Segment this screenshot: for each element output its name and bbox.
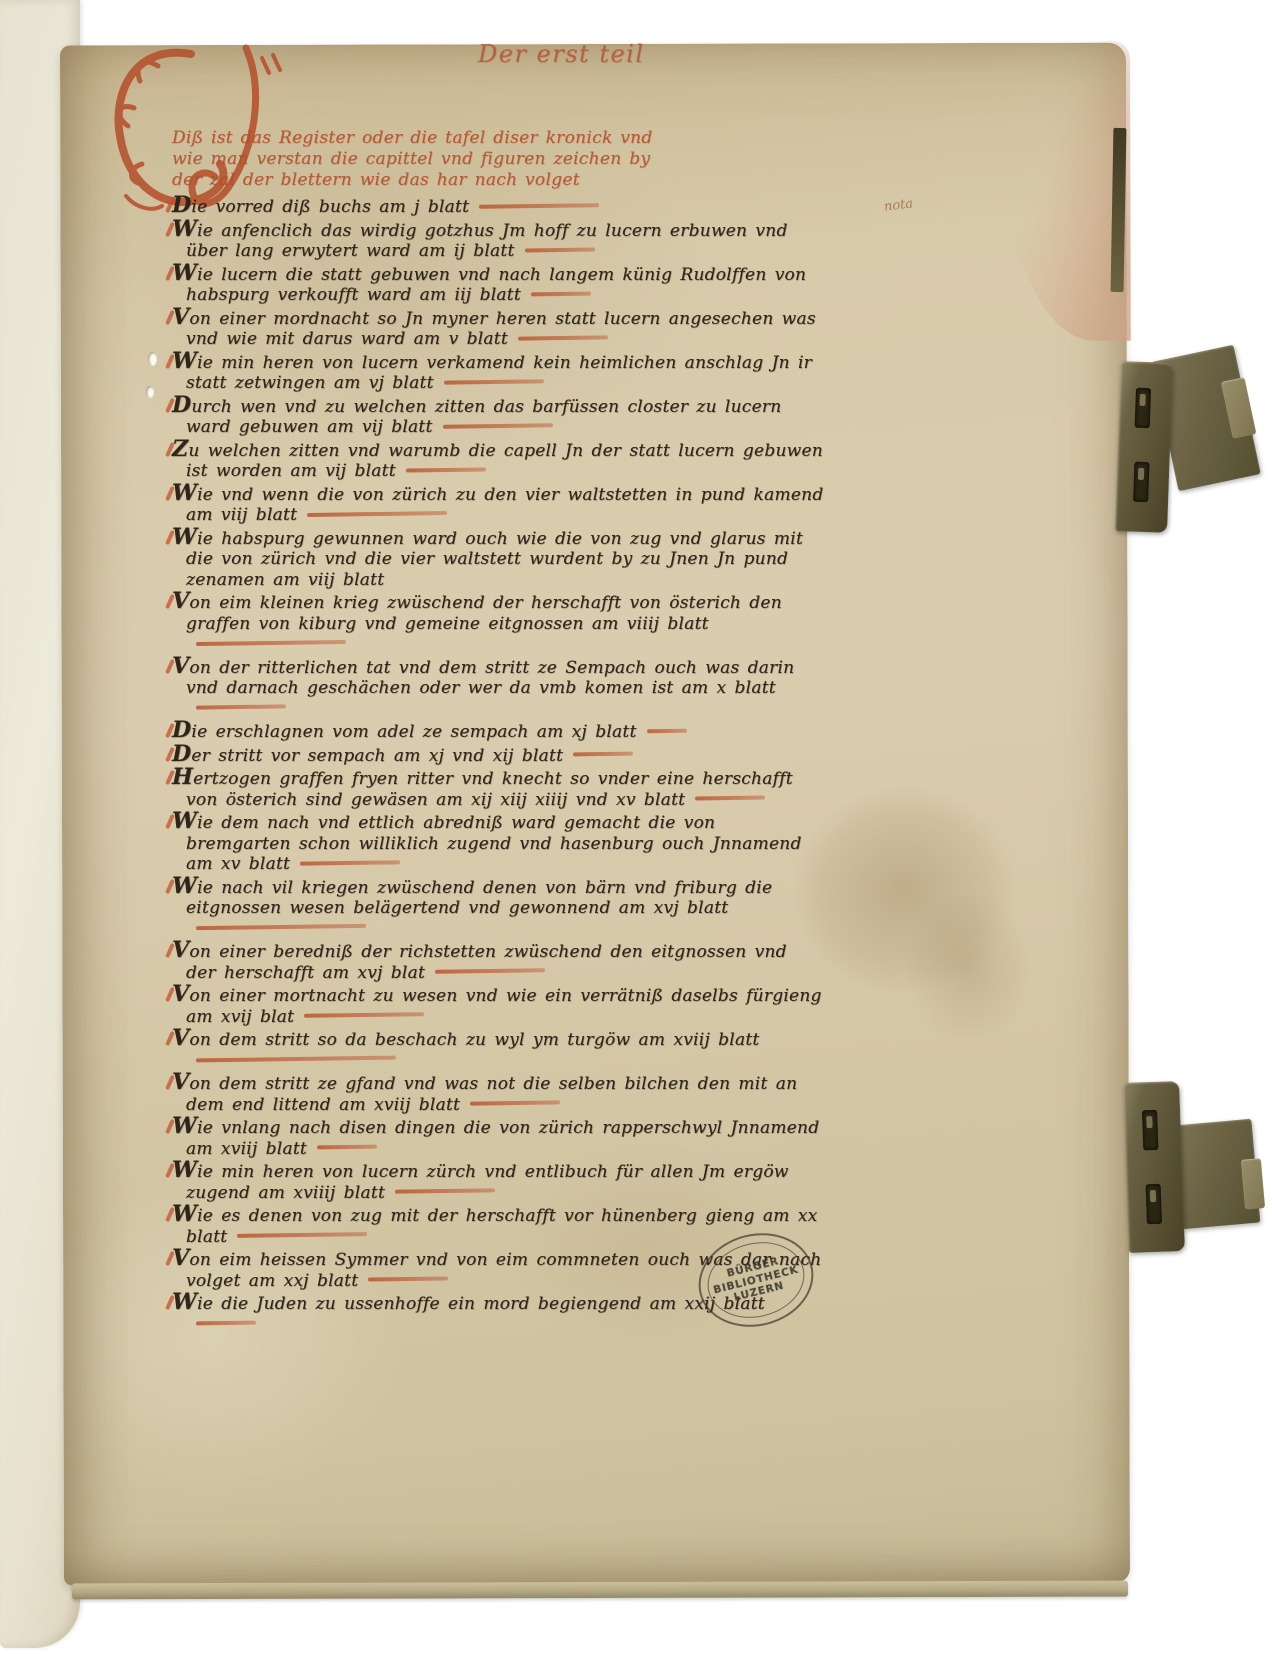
clasp-slot	[1146, 1184, 1162, 1224]
wormhole	[146, 386, 154, 398]
red-underline	[470, 1100, 560, 1105]
toc-entry-text: Durch wen vnd zu welchen zitten das barf…	[172, 397, 781, 438]
toc-entry: Wie habspurg gewunnen ward ouch wie die …	[172, 527, 824, 591]
toc-entry-text: Von einer mortnacht zu wesen vnd wie ein…	[172, 986, 822, 1027]
toc-entry: Die vorred diß buchs am j blatt	[172, 195, 824, 218]
photo-backdrop: Der erst teil nota Diß ist das Register …	[0, 0, 1272, 1654]
red-underline	[307, 511, 447, 517]
clasp-slot	[1133, 462, 1149, 502]
toc-entry-text: Von der ritterlichen tat vnd dem stritt …	[172, 658, 794, 699]
rubric-line: Diß ist das Register oder die tafel dise…	[172, 128, 824, 149]
red-underline	[237, 1232, 367, 1238]
toc-entry-text: Zu welchen zitten vnd warumb die capell …	[172, 441, 823, 482]
toc-entry-text: Wie min heren von lucern zürch vnd entli…	[172, 1162, 789, 1203]
toc-entry: Wie min heren von lucern zürch vnd entli…	[172, 1160, 824, 1203]
red-underline	[406, 467, 486, 472]
red-underline	[443, 423, 553, 429]
page-stack-edge	[72, 1581, 1128, 1600]
red-underline	[304, 1012, 424, 1018]
toc-entry: Der stritt vor sempach am xj vnd xij bla…	[172, 744, 824, 767]
red-underline	[531, 291, 591, 296]
toc-entry: Wie anfenclich das wirdig gotzhus Jm hof…	[172, 219, 824, 262]
toc-entry: Von der ritterlichen tat vnd dem stritt …	[172, 656, 824, 720]
rubric-line: der zal der blettern wie das har nach vo…	[172, 170, 824, 191]
toc-entry-text: Hertzogen graffen fryen ritter vnd knech…	[172, 769, 793, 810]
toc-entry: Wie lucern die statt gebuwen vnd nach la…	[172, 263, 824, 306]
toc-entry: Hertzogen graffen fryen ritter vnd knech…	[172, 767, 824, 810]
clasp-slot	[1142, 1110, 1158, 1150]
toc-entry: Die erschlagnen vom adel ze sempach am x…	[172, 720, 824, 743]
toc-entry-text: Von einer mordnacht so Jn myner heren st…	[172, 309, 816, 350]
toc-entry-text: Von dem stritt ze gfand vnd was not die …	[172, 1074, 797, 1115]
clasp-strap	[1174, 1119, 1261, 1229]
toc-entry: Von einer beredniß der richstetten zwüsc…	[172, 940, 824, 983]
red-underline	[647, 728, 687, 733]
toc-entry-text: Die erschlagnen vom adel ze sempach am x…	[172, 722, 637, 742]
red-underline	[300, 860, 400, 865]
toc-entry: Von einer mordnacht so Jn myner heren st…	[172, 307, 824, 350]
toc-entry-text: Von einer beredniß der richstetten zwüsc…	[172, 942, 787, 983]
clasp-hook	[1241, 1158, 1265, 1210]
red-underline	[196, 1321, 256, 1326]
red-underline	[317, 1145, 377, 1150]
red-underline	[196, 639, 346, 645]
red-underline	[435, 968, 545, 974]
toc-entry: Wie dem nach vnd ettlich abredniß ward g…	[172, 811, 824, 875]
toc-entry-text: Wie min heren von lucern verkamend kein …	[172, 353, 812, 394]
red-underline	[368, 1276, 448, 1281]
toc-entry: Von einer mortnacht zu wesen vnd wie ein…	[172, 984, 824, 1027]
toc-entry-text: Die vorred diß buchs am j blatt	[172, 197, 469, 217]
toc-entry: Wie vnlang nach disen dingen die von zür…	[172, 1116, 824, 1159]
toc-entry-text: Wie die Juden zu ussenhoffe ein mord beg…	[172, 1294, 765, 1314]
toc-entry-text: Wie lucern die statt gebuwen vnd nach la…	[172, 265, 806, 306]
red-underline	[695, 796, 765, 801]
toc-entry-text: Von dem stritt so da beschach zu wyl ym …	[172, 1030, 760, 1050]
toc-entry-text: Wie habspurg gewunnen ward ouch wie die …	[172, 529, 803, 590]
text-column: Diß ist das Register oder die tafel dise…	[172, 128, 824, 1336]
red-underline	[525, 247, 595, 252]
red-underline	[479, 203, 599, 209]
wormhole	[148, 352, 157, 366]
clasp-hook	[1221, 377, 1257, 439]
entries-list: Die vorred diß buchs am j blatt Wie anfe…	[172, 195, 824, 1335]
clasp-plate	[1123, 1081, 1185, 1253]
red-underline	[395, 1188, 495, 1193]
toc-entry: Wie min heren von lucern verkamend kein …	[172, 351, 824, 394]
toc-entry: Wie vnd wenn die von zürich zu den vier …	[172, 483, 824, 526]
toc-entry: Wie nach vil kriegen zwüschend denen von…	[172, 876, 824, 940]
clasp-plate	[1115, 361, 1173, 533]
red-underline	[518, 335, 608, 340]
toc-entry: Von dem stritt so da beschach zu wyl ym …	[172, 1028, 824, 1071]
rubric-line: wie man verstan die capittel vnd figuren…	[172, 149, 824, 170]
clasp-slot	[1135, 388, 1151, 428]
toc-entry: Durch wen vnd zu welchen zitten das barf…	[172, 395, 824, 438]
toc-entry-text: Wie nach vil kriegen zwüschend denen von…	[172, 878, 772, 919]
toc-entry-text: Wie es denen von zug mit der herschafft …	[172, 1206, 817, 1247]
red-underline	[573, 752, 633, 757]
toc-entry-text: Wie vnlang nach disen dingen die von zür…	[172, 1118, 819, 1159]
page-title: Der erst teil	[478, 40, 645, 68]
toc-entry-text: Von eim kleinen krieg zwüschend der hers…	[172, 593, 782, 634]
toc-entry: Wie es denen von zug mit der herschafft …	[172, 1204, 824, 1247]
toc-entry-text: Wie dem nach vnd ettlich abredniß ward g…	[172, 813, 802, 874]
toc-entry: Von eim kleinen krieg zwüschend der hers…	[172, 591, 824, 655]
red-underline	[196, 1056, 396, 1063]
toc-entry: Von dem stritt ze gfand vnd was not die …	[172, 1072, 824, 1115]
red-underline	[444, 379, 544, 384]
toc-entry-text: Wie vnd wenn die von zürich zu den vier …	[172, 485, 823, 526]
toc-entry-text: Wie anfenclich das wirdig gotzhus Jm hof…	[172, 221, 788, 262]
toc-entry-text: Der stritt vor sempach am xj vnd xij bla…	[172, 746, 563, 766]
red-underline	[196, 704, 286, 709]
rubric-intro: Diß ist das Register oder die tafel dise…	[172, 128, 824, 191]
toc-entry: Zu welchen zitten vnd warumb die capell …	[172, 439, 824, 482]
red-underline	[196, 924, 366, 930]
